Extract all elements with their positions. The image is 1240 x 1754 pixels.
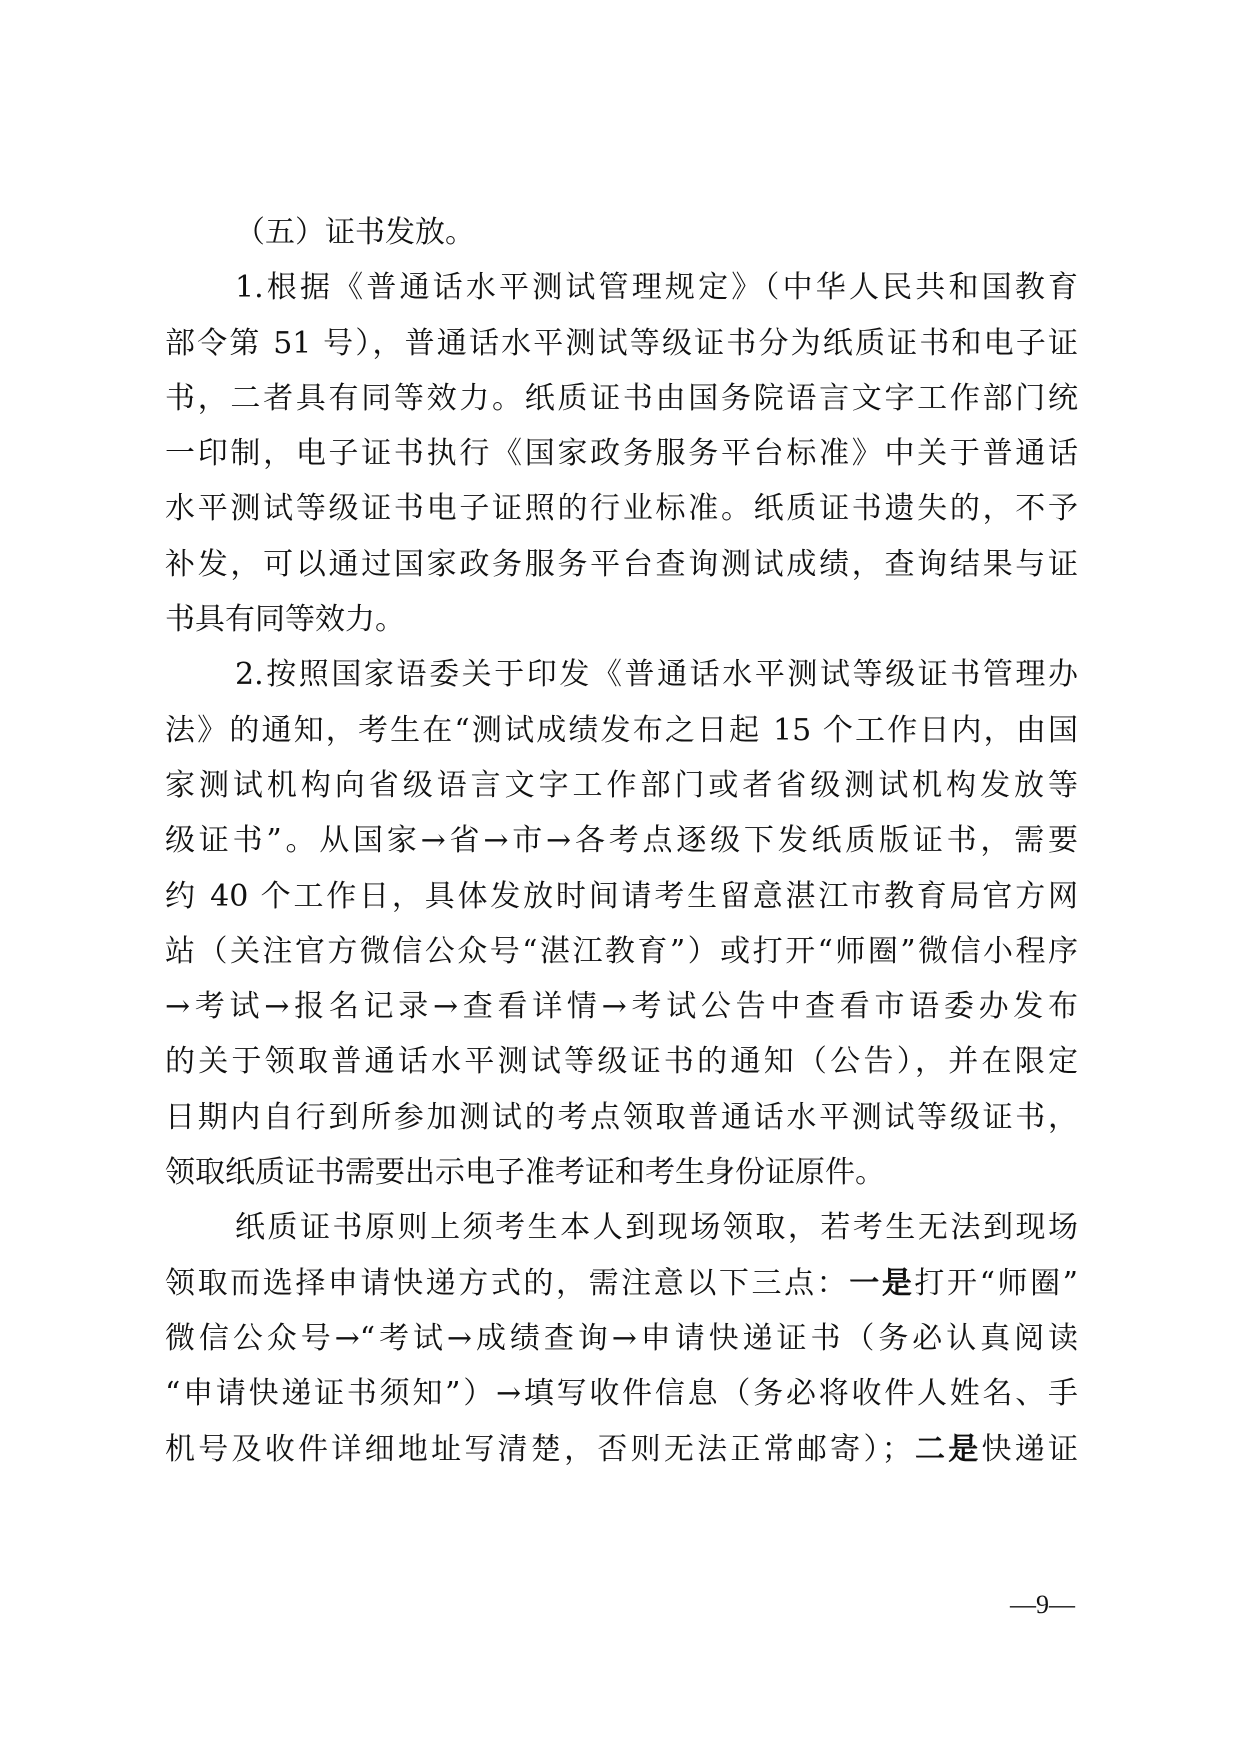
paragraph-1-line: 补发，可以通过国家政务服务平台查询测试成绩，查询结果与证: [165, 537, 1078, 592]
paragraph-1-line: 一印制，电子证书执行《国家政务服务平台标准》中关于普通话: [165, 426, 1078, 481]
paragraph-2-line: 法》的通知，考生在“测试成绩发布之日起 15 个工作日内，由国: [165, 703, 1078, 758]
paragraph-2-line: 家测试机构向省级语言文字工作部门或者省级测试机构发放等: [165, 758, 1078, 813]
emphasis-first-point: 一是: [849, 1266, 914, 1301]
paragraph-1-line: 水平测试等级证书电子证照的行业标准。纸质证书遗失的，不予: [165, 481, 1078, 536]
page-number: —9—: [1010, 1590, 1075, 1620]
line-text: 打开“师圈”: [914, 1266, 1078, 1301]
paragraph-2-line: 日期内自行到所参加测试的考点领取普通话水平测试等级证书，: [165, 1090, 1078, 1145]
section-heading: （五）证书发放。: [165, 205, 1078, 260]
line-text: 领取而选择申请快递方式的，需注意以下三点：: [165, 1266, 849, 1301]
paragraph-2-line: →考试→报名记录→查看详情→考试公告中查看市语委办发布: [165, 979, 1078, 1034]
paragraph-2-line: 站（关注官方微信公众号“湛江教育”）或打开“师圈”微信小程序: [165, 924, 1078, 979]
line-text: 快递证: [981, 1432, 1078, 1467]
paragraph-1-line: 部令第 51 号），普通话水平测试等级证书分为纸质证书和电子证: [165, 316, 1078, 371]
paragraph-2-line: 级证书”。从国家→省→市→各考点逐级下发纸质版证书，需要: [165, 813, 1078, 868]
paragraph-1-line: 1.根据《普通话水平测试管理规定》（中华人民共和国教育: [165, 260, 1078, 315]
paragraph-3-line: 纸质证书原则上须考生本人到现场领取，若考生无法到现场: [165, 1200, 1078, 1255]
line-text: 机号及收件详细地址写清楚，否则无法正常邮寄）；: [165, 1432, 912, 1467]
paragraph-3-line: “申请快递证书须知”）→填写收件信息（务必将收件人姓名、手: [165, 1366, 1078, 1421]
paragraph-1-line: 书具有同等效力。: [165, 592, 1078, 647]
paragraph-2-line: 的关于领取普通话水平测试等级证书的通知（公告），并在限定: [165, 1034, 1078, 1089]
document-page: （五）证书发放。 1.根据《普通话水平测试管理规定》（中华人民共和国教育 部令第…: [165, 205, 1078, 1477]
emphasis-second-point: 二是: [912, 1432, 982, 1467]
paragraph-3-line: 微信公众号→“考试→成绩查询→申请快递证书（务必认真阅读: [165, 1311, 1078, 1366]
paragraph-3-line: 机号及收件详细地址写清楚，否则无法正常邮寄）；二是快递证: [165, 1422, 1078, 1477]
paragraph-2-line: 约 40 个工作日，具体发放时间请考生留意湛江市教育局官方网: [165, 869, 1078, 924]
paragraph-1-line: 书，二者具有同等效力。纸质证书由国务院语言文字工作部门统: [165, 371, 1078, 426]
paragraph-2-line: 2.按照国家语委关于印发《普通话水平测试等级证书管理办: [165, 647, 1078, 702]
paragraph-2-line: 领取纸质证书需要出示电子准考证和考生身份证原件。: [165, 1145, 1078, 1200]
paragraph-3-line: 领取而选择申请快递方式的，需注意以下三点：一是打开“师圈”: [165, 1256, 1078, 1311]
